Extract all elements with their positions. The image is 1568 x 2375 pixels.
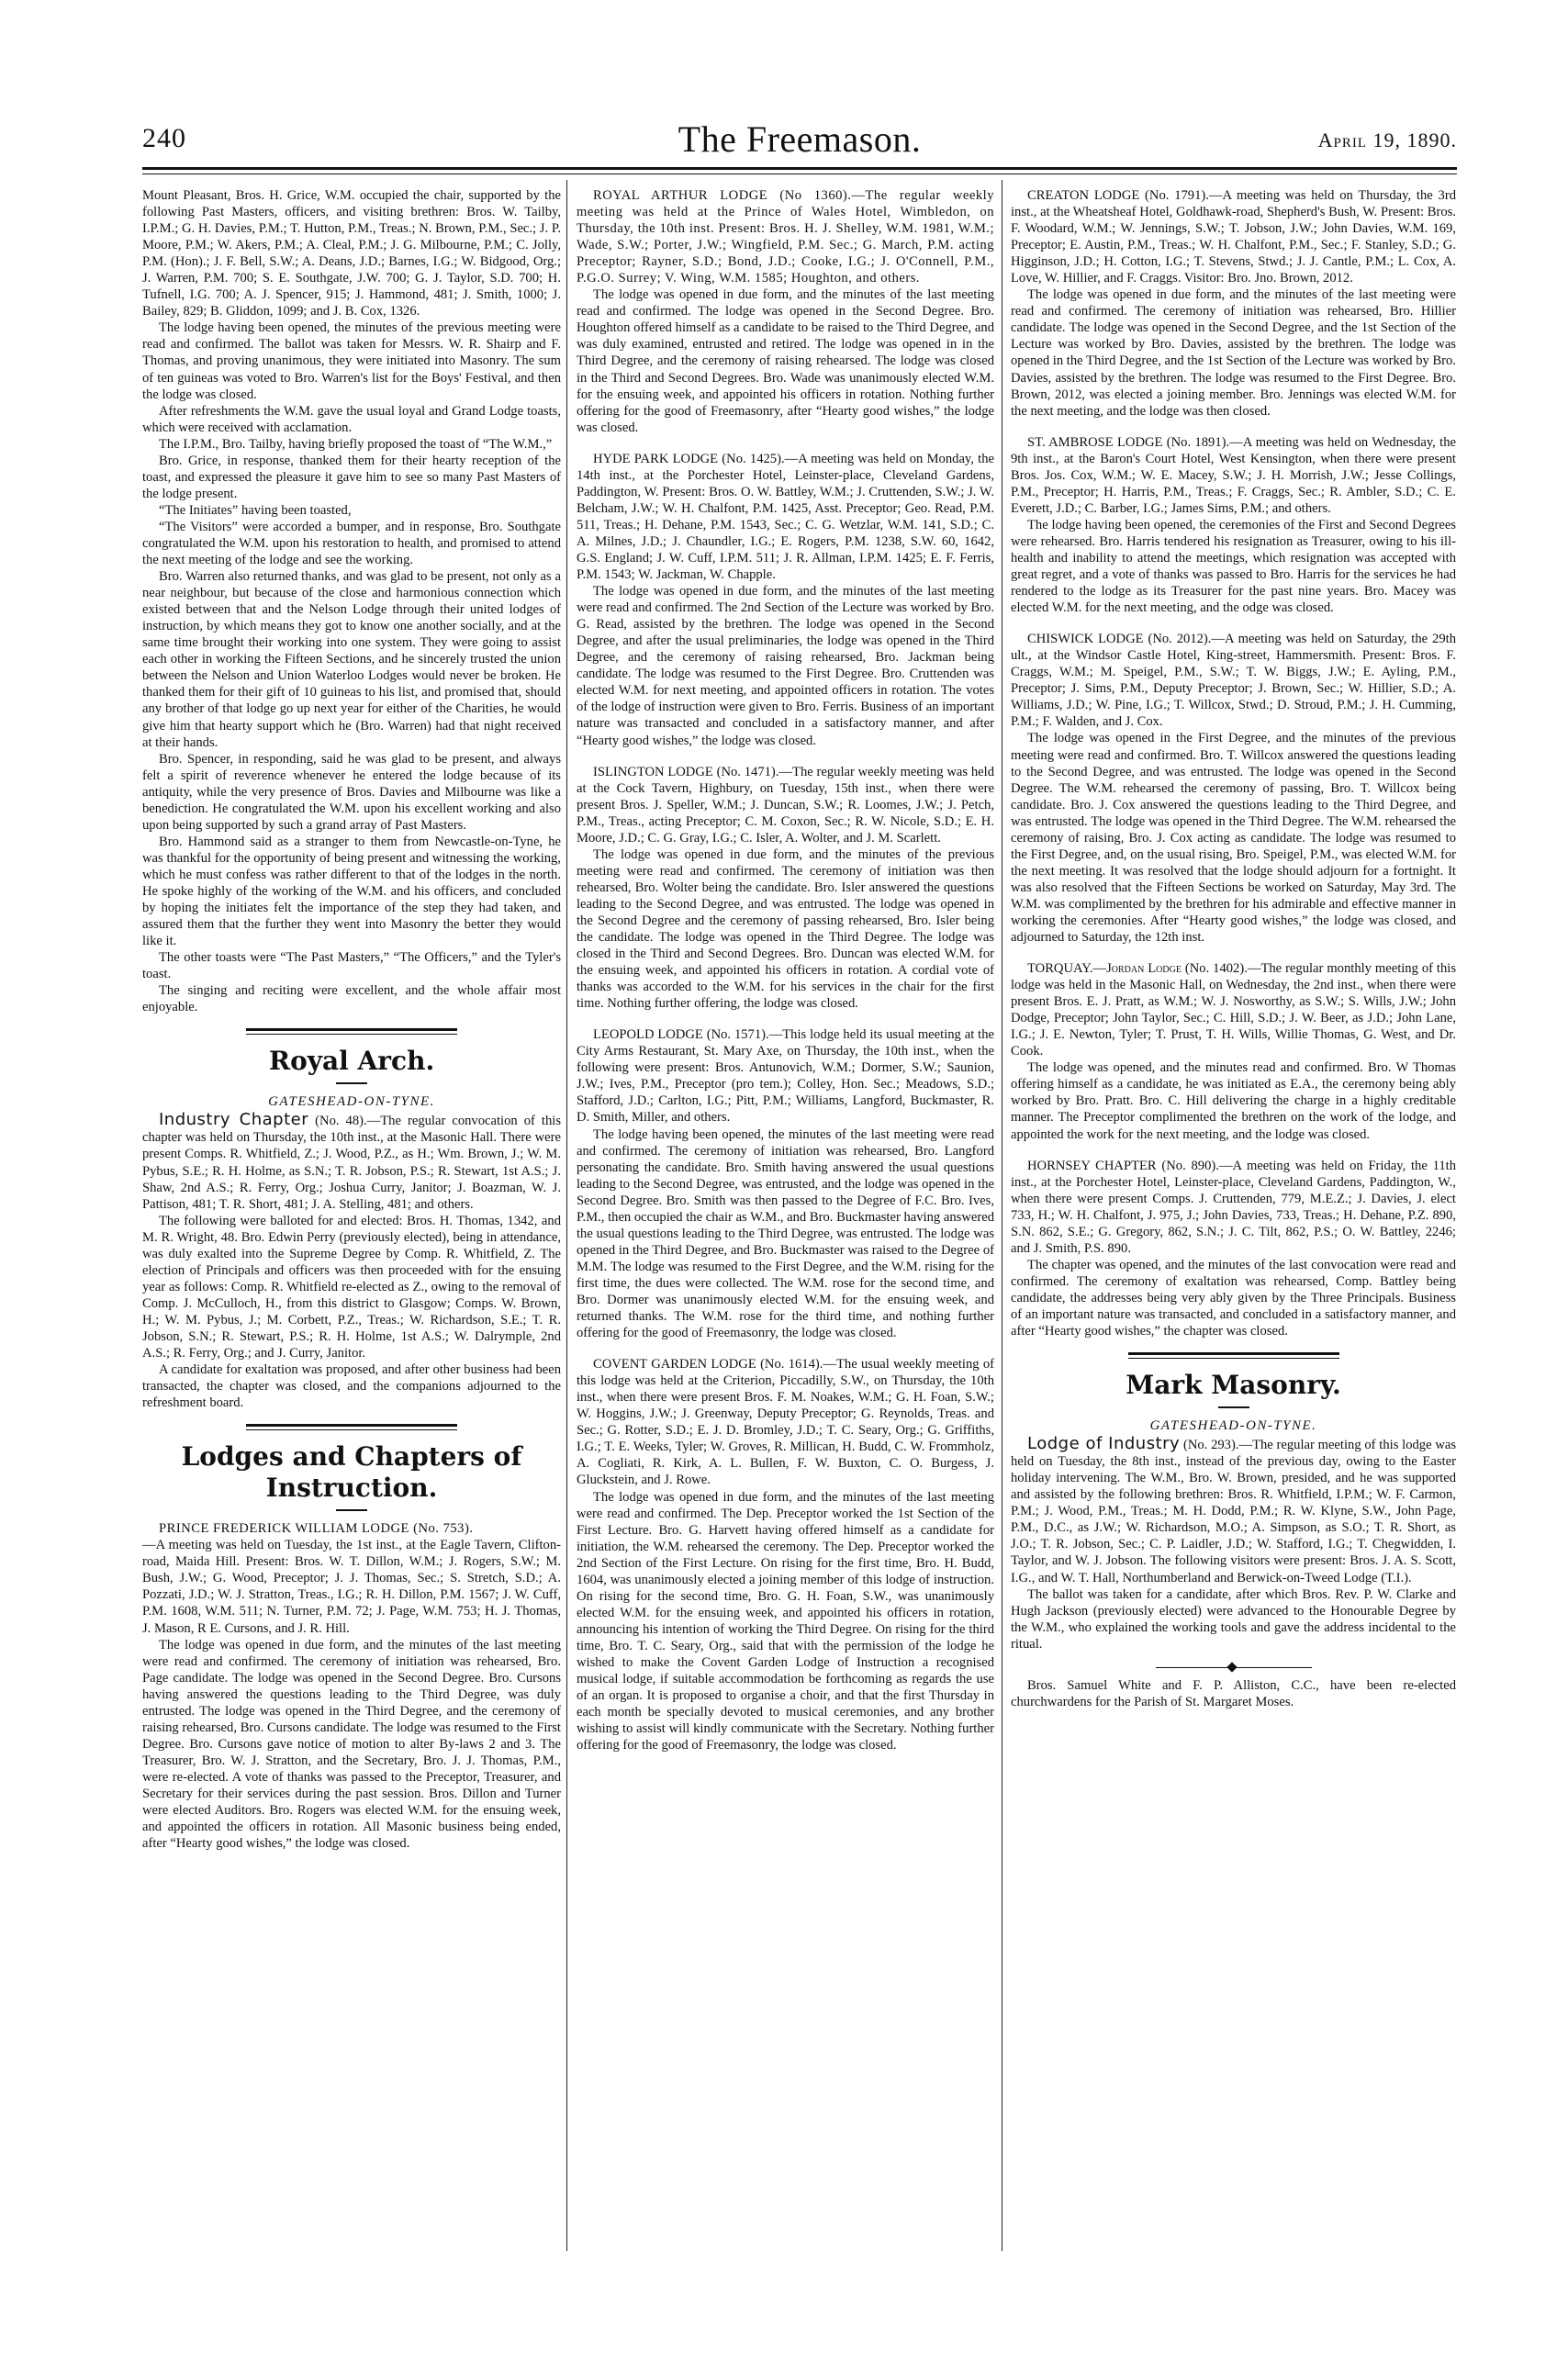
paragraph: CHISWICK LODGE (No. 2012).—A meeting was…	[1011, 631, 1456, 730]
page-header: 240 The Freemason. April 19, 1890.	[142, 118, 1457, 165]
paragraph: The lodge was opened in due form, and th…	[577, 1489, 994, 1754]
paragraph: A candidate for exaltation was proposed,…	[142, 1361, 561, 1411]
column-divider	[1002, 180, 1002, 2251]
paragraph: The chapter was opened, and the minutes …	[1011, 1257, 1456, 1339]
paragraph-text: (No. 293).—The regular meeting of this l…	[1011, 1438, 1456, 1585]
paragraph: The lodge having been opened, the minute…	[577, 1126, 994, 1342]
paragraph: After refreshments the W.M. gave the usu…	[142, 403, 561, 436]
paragraph: Bros. Samuel White and F. P. Alliston, C…	[1011, 1677, 1456, 1710]
short-rule	[1218, 1406, 1249, 1408]
place-heading: GATESHEAD-ON-TYNE.	[1011, 1417, 1456, 1434]
section-rule-thin	[246, 1034, 457, 1035]
column-divider	[566, 180, 567, 2251]
paragraph: The lodge was opened in due form, and th…	[577, 286, 994, 435]
paragraph: The following were balloted for and elec…	[142, 1213, 561, 1361]
paragraph: The I.P.M., Bro. Tailby, having briefly …	[142, 436, 561, 453]
paragraph: The lodge having been opened, the minute…	[142, 319, 561, 402]
section-rule-thin	[246, 1429, 457, 1430]
paragraph: The singing and reciting were excellent,…	[142, 982, 561, 1015]
section-title-mark-masonry: Mark Masonry.	[1011, 1370, 1456, 1401]
column-2: ROYAL ARTHUR LODGE (No 1360).—The regula…	[577, 187, 994, 1753]
paragraph: HYDE PARK LODGE (No. 1425).—A meeting wa…	[577, 451, 994, 583]
paragraph: The ballot was taken for a candidate, af…	[1011, 1586, 1456, 1652]
section-rule-thin	[1128, 1358, 1339, 1359]
section-rule	[246, 1028, 457, 1031]
header-rule-thin	[142, 174, 1457, 174]
paragraph: Bro. Warren also returned thanks, and wa…	[142, 568, 561, 751]
chapter-name: Industry Chapter	[159, 1110, 308, 1129]
paragraph: The lodge having been opened, the ceremo…	[1011, 517, 1456, 616]
short-rule	[336, 1509, 367, 1511]
paragraph: CREATON LODGE (No. 1791).—A meeting was …	[1011, 187, 1456, 286]
paragraph: “The Visitors” were accorded a bumper, a…	[142, 519, 561, 568]
issue-date: April 19, 1890.	[1318, 129, 1457, 152]
short-rule	[336, 1082, 367, 1084]
lodge-name: Lodge of Industry	[1027, 1434, 1180, 1453]
paragraph: “The Initiates” having been toasted,	[142, 502, 561, 519]
paragraph: Industry Chapter (No. 48).—The regular c…	[142, 1112, 561, 1212]
column-1: Mount Pleasant, Bros. H. Grice, W.M. occ…	[142, 187, 561, 1852]
paragraph: The lodge was opened in the First Degree…	[1011, 730, 1456, 946]
paragraph: The lodge was opened, and the minutes re…	[1011, 1059, 1456, 1142]
header-rule	[142, 167, 1457, 170]
section-rule	[246, 1424, 457, 1427]
paragraph: Bro. Grice, in response, thanked them fo…	[142, 453, 561, 502]
paragraph: —A meeting was held on Tuesday, the 1st …	[142, 1537, 561, 1636]
diamond-icon	[1226, 1662, 1237, 1672]
paragraph: ST. AMBROSE LODGE (No. 1891).—A meeting …	[1011, 434, 1456, 517]
paragraph: Lodge of Industry (No. 293).—The regular…	[1011, 1436, 1456, 1585]
paragraph: The lodge was opened in due form, and th…	[142, 1637, 561, 1853]
column-3: CREATON LODGE (No. 1791).—A meeting was …	[1011, 187, 1456, 1710]
paragraph: Bro. Hammond said as a stranger to them …	[142, 834, 561, 949]
paragraph: TORQUAY.—Jordan Lodge (No. 1402).—The re…	[1011, 960, 1456, 1059]
ornament-divider	[1156, 1667, 1312, 1668]
paragraph: ROYAL ARTHUR LODGE (No 1360).—The regula…	[577, 187, 994, 286]
paragraph: The lodge was opened in due form, and th…	[1011, 286, 1456, 419]
section-title-royal-arch: Royal Arch.	[142, 1046, 561, 1077]
paragraph: LEOPOLD LODGE (No. 1571).—This lodge hel…	[577, 1026, 994, 1126]
place-heading: GATESHEAD-ON-TYNE.	[142, 1093, 561, 1110]
paragraph: HORNSEY CHAPTER (No. 890).—A meeting was…	[1011, 1158, 1456, 1257]
paragraph: COVENT GARDEN LODGE (No. 1614).—The usua…	[577, 1356, 994, 1488]
paragraph: The lodge was opened in due form, and th…	[577, 846, 994, 1012]
paragraph: The lodge was opened in due form, and th…	[577, 583, 994, 748]
paragraph: Mount Pleasant, Bros. H. Grice, W.M. occ…	[142, 187, 561, 319]
paragraph: Bro. Spencer, in responding, said he was…	[142, 751, 561, 834]
section-rule	[1128, 1352, 1339, 1355]
masthead-title: The Freemason.	[142, 118, 1457, 161]
paragraph: ISLINGTON LODGE (No. 1471).—The regular …	[577, 764, 994, 846]
lodge-name: Jordan Lodge	[1106, 961, 1182, 976]
lodge-heading: PRINCE FREDERICK WILLIAM LODGE (No. 753)…	[142, 1520, 561, 1537]
town-heading: TORQUAY.—	[1027, 961, 1106, 976]
section-title-instruction: Lodges and Chapters of Instruction.	[142, 1441, 561, 1504]
paragraph: The other toasts were “The Past Masters,…	[142, 949, 561, 982]
